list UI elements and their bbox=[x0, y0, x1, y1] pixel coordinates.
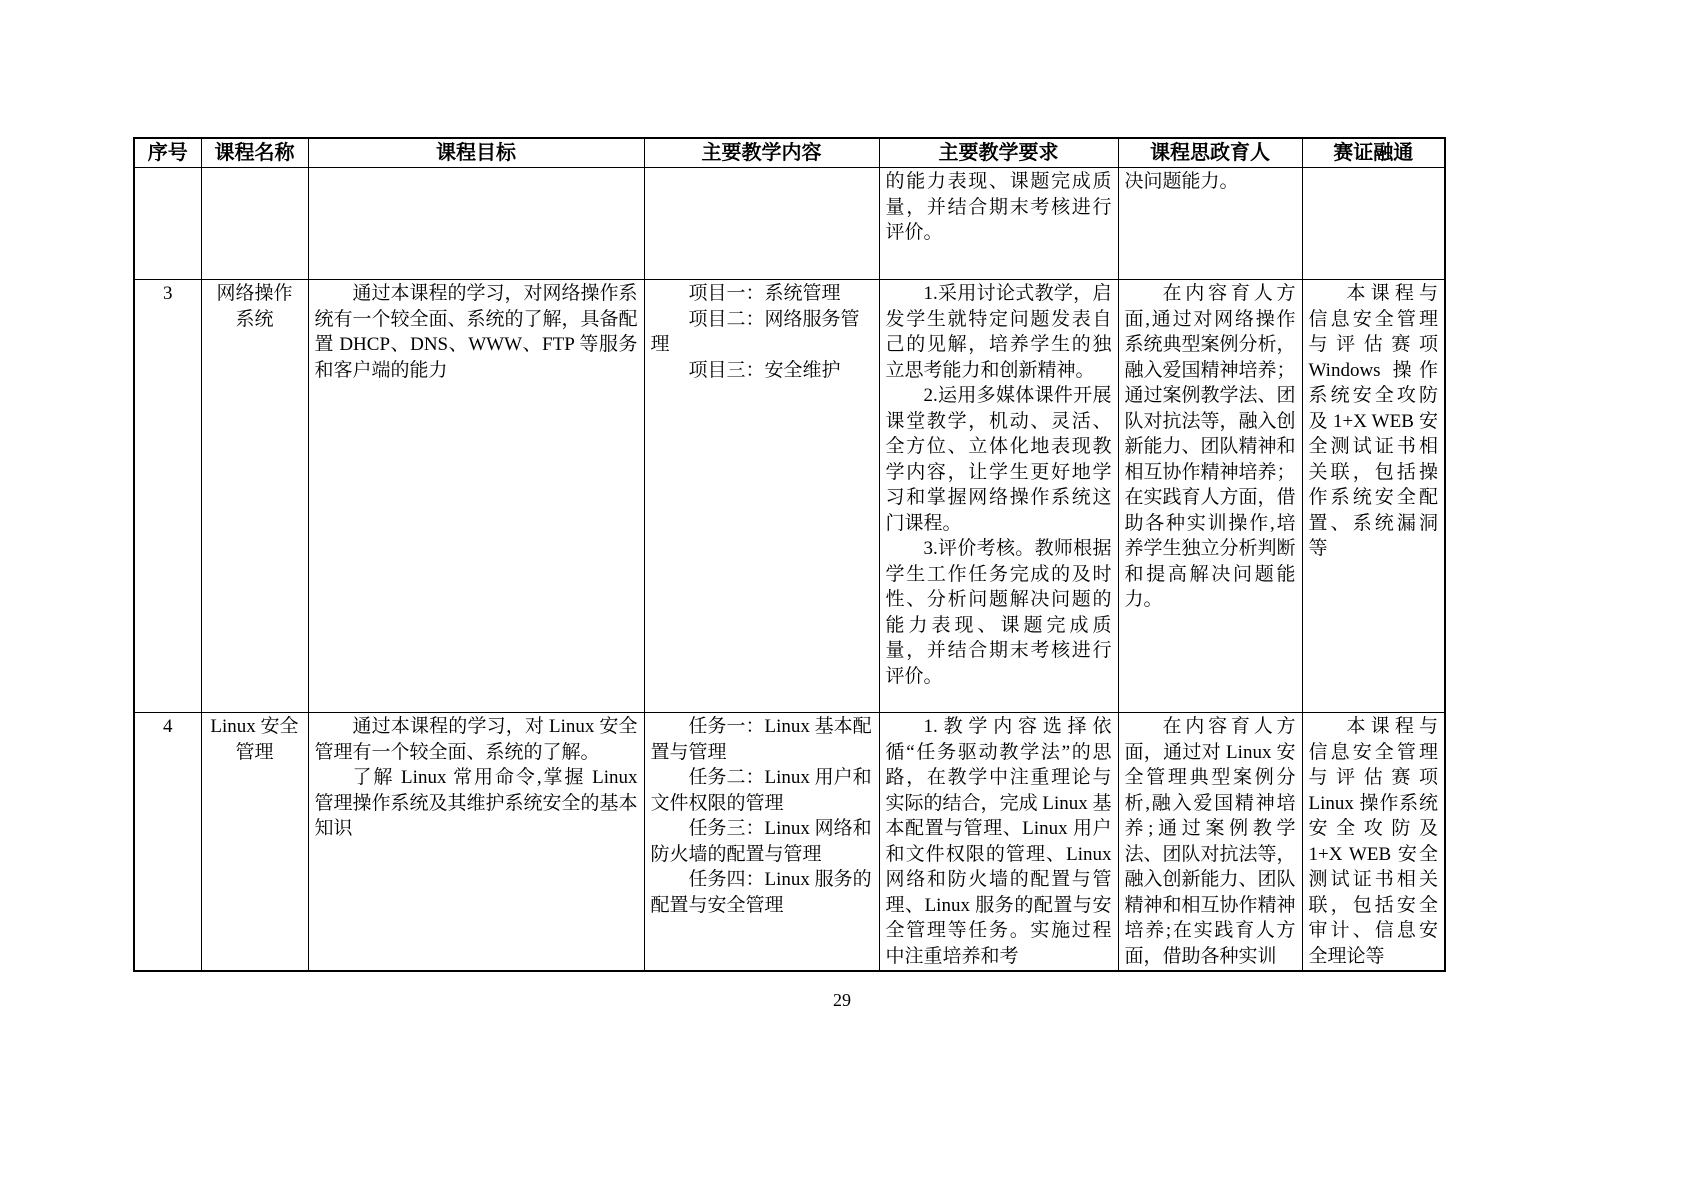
paragraph: 本课程与信息安全管理与评估赛项 Linux 操作系统安全攻防及 1+X WEB … bbox=[1309, 714, 1439, 969]
paragraph: 任务一：Linux 基本配置与管理 bbox=[651, 714, 873, 765]
paragraph: 通过本课程的学习，对 Linux 安全管理有一个较全面、系统的了解。 bbox=[315, 714, 638, 765]
empty-cell bbox=[1302, 168, 1445, 280]
paragraph: 决问题能力。 bbox=[1125, 169, 1296, 195]
page-number: 29 bbox=[0, 990, 1684, 1011]
col-header-course-name: 课程名称 bbox=[201, 138, 308, 168]
paragraph: 项目一：系统管理 bbox=[651, 281, 873, 307]
col-header-content: 主要教学内容 bbox=[644, 138, 879, 168]
col-header-ideology: 课程思政育人 bbox=[1118, 138, 1302, 168]
ideology-cell: 在内容育人方面,通过对网络操作系统典型案例分析，融入爱国精神培养；通过案例教学法… bbox=[1118, 280, 1302, 713]
paragraph: 任务三：Linux 网络和防火墙的配置与管理 bbox=[651, 816, 873, 867]
document-page: 序号 课程名称 课程目标 主要教学内容 主要教学要求 课程思政育人 赛证融通 的… bbox=[0, 0, 1684, 1191]
table-row-carryover: 的能力表现、课题完成质量，并结合期末考核进行评价。 决问题能力。 bbox=[134, 168, 1445, 280]
row-index: 4 bbox=[134, 713, 201, 972]
certificate-cell: 本课程与信息安全管理与评估赛项 Linux 操作系统安全攻防及 1+X WEB … bbox=[1302, 713, 1445, 972]
empty-cell bbox=[308, 168, 644, 280]
header-row: 序号 课程名称 课程目标 主要教学内容 主要教学要求 课程思政育人 赛证融通 bbox=[134, 138, 1445, 168]
content-cell: 任务一：Linux 基本配置与管理 任务二：Linux 用户和文件权限的管理 任… bbox=[644, 713, 879, 972]
certificate-cell: 本课程与信息安全管理与评估赛项 Windows 操作系统安全攻防及 1+X WE… bbox=[1302, 280, 1445, 713]
paragraph: 1.教学内容选择依循“任务驱动教学法”的思路，在教学中注重理论与实际的结合，完成… bbox=[886, 714, 1112, 969]
course-name-line: 网络操作 bbox=[208, 281, 302, 307]
paragraph: 2.运用多媒体课件开展课堂教学，机动、灵活、全方位、立体化地表现教学内容，让学生… bbox=[886, 383, 1112, 536]
paragraph: 任务四：Linux 服务的配置与安全管理 bbox=[651, 867, 873, 918]
content-cell: 项目一：系统管理 项目二：网络服务管理 项目三：安全维护 bbox=[644, 280, 879, 713]
paragraph: 的能力表现、课题完成质量，并结合期末考核进行评价。 bbox=[886, 169, 1112, 246]
table-row-course-3: 3 网络操作 系统 通过本课程的学习，对网络操作系统有一个较全面、系统的了解，具… bbox=[134, 280, 1445, 713]
curriculum-table: 序号 课程名称 课程目标 主要教学内容 主要教学要求 课程思政育人 赛证融通 的… bbox=[133, 137, 1446, 972]
paragraph: 了解 Linux 常用命令,掌握 Linux 管理操作系统及其维护系统安全的基本… bbox=[315, 765, 638, 842]
empty-cell bbox=[134, 168, 201, 280]
paragraph: 3.评价考核。教师根据学生工作任务完成的及时性、分析问题解决问题的能力表现、课题… bbox=[886, 536, 1112, 689]
paragraph: 在内容育人方面,通过对网络操作系统典型案例分析，融入爱国精神培养；通过案例教学法… bbox=[1125, 281, 1296, 613]
paragraph: 项目二：网络服务管理 bbox=[651, 307, 873, 358]
objectives-cell: 通过本课程的学习，对网络操作系统有一个较全面、系统的了解，具备配置 DHCP、D… bbox=[308, 280, 644, 713]
course-name-line: 管理 bbox=[208, 740, 302, 766]
course-name-line: Linux 安全 bbox=[208, 714, 302, 740]
ideology-cell: 在内容育人方面，通过对 Linux 安全管理典型案例分析,融入爱国精神培养;通过… bbox=[1118, 713, 1302, 972]
carryover-requirements-cell: 的能力表现、课题完成质量，并结合期末考核进行评价。 bbox=[879, 168, 1118, 280]
empty-cell bbox=[644, 168, 879, 280]
paragraph: 本课程与信息安全管理与评估赛项 Windows 操作系统安全攻防及 1+X WE… bbox=[1309, 281, 1439, 562]
course-name-line: 系统 bbox=[208, 307, 302, 333]
empty-cell bbox=[201, 168, 308, 280]
col-header-requirements: 主要教学要求 bbox=[879, 138, 1118, 168]
paragraph: 任务二：Linux 用户和文件权限的管理 bbox=[651, 765, 873, 816]
paragraph: 1.采用讨论式教学，启发学生就特定问题发表自己的见解，培养学生的独立思考能力和创… bbox=[886, 281, 1112, 383]
paragraph: 通过本课程的学习，对网络操作系统有一个较全面、系统的了解，具备配置 DHCP、D… bbox=[315, 281, 638, 383]
row-index: 3 bbox=[134, 280, 201, 713]
table-row-course-4: 4 Linux 安全 管理 通过本课程的学习，对 Linux 安全管理有一个较全… bbox=[134, 713, 1445, 972]
requirements-cell: 1.采用讨论式教学，启发学生就特定问题发表自己的见解，培养学生的独立思考能力和创… bbox=[879, 280, 1118, 713]
course-name-cell: Linux 安全 管理 bbox=[201, 713, 308, 972]
col-header-objectives: 课程目标 bbox=[308, 138, 644, 168]
requirements-cell: 1.教学内容选择依循“任务驱动教学法”的思路，在教学中注重理论与实际的结合，完成… bbox=[879, 713, 1118, 972]
course-name-cell: 网络操作 系统 bbox=[201, 280, 308, 713]
objectives-cell: 通过本课程的学习，对 Linux 安全管理有一个较全面、系统的了解。 了解 Li… bbox=[308, 713, 644, 972]
carryover-ideology-cell: 决问题能力。 bbox=[1118, 168, 1302, 280]
paragraph: 在内容育人方面，通过对 Linux 安全管理典型案例分析,融入爱国精神培养;通过… bbox=[1125, 714, 1296, 969]
col-header-certificate: 赛证融通 bbox=[1302, 138, 1445, 168]
paragraph: 项目三：安全维护 bbox=[651, 358, 873, 384]
col-header-index: 序号 bbox=[134, 138, 201, 168]
